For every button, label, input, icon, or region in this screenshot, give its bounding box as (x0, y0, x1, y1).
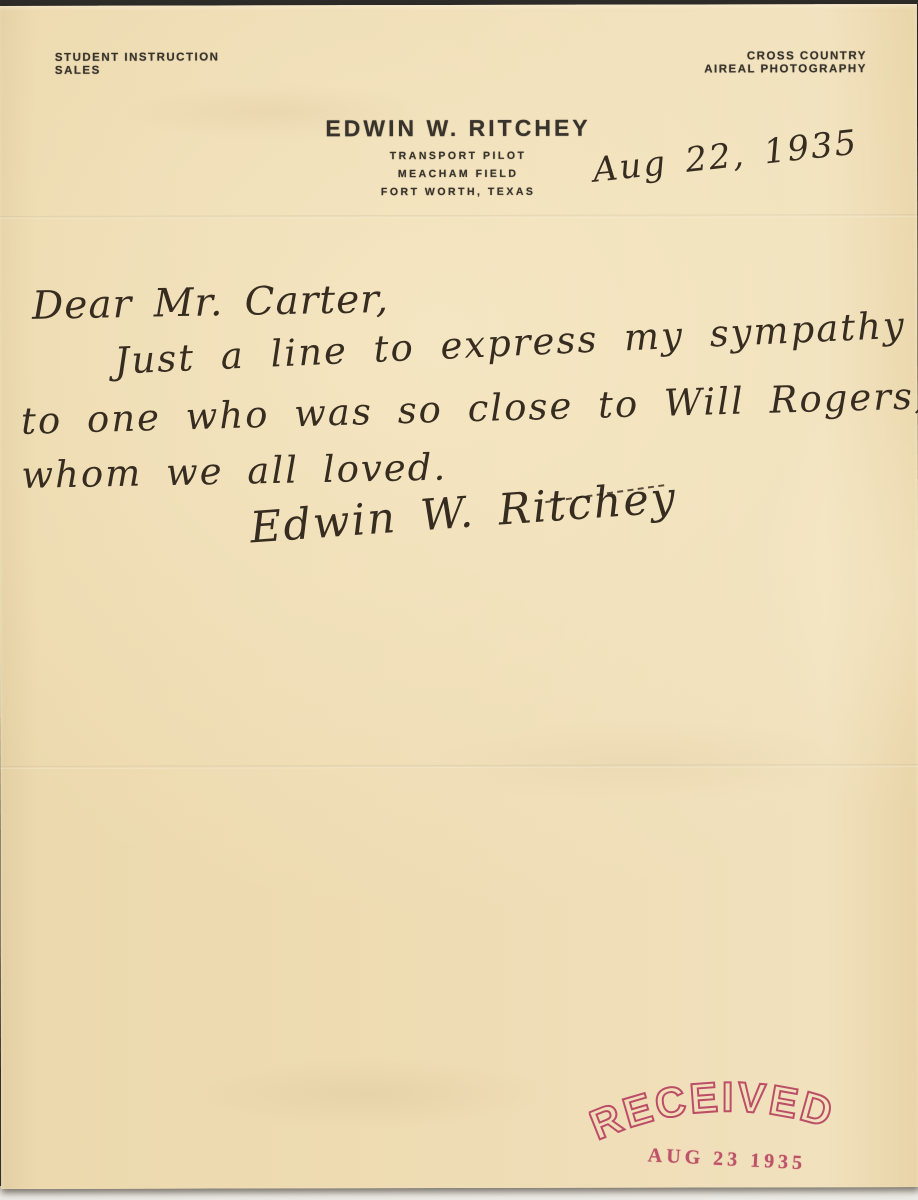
handwritten-body-line-3: whom we all loved. (21, 446, 448, 497)
received-stamp: RECEIVED AUG 23 1935 (588, 1070, 850, 1190)
received-stamp-arc: RECEIVED (588, 1070, 850, 1155)
letterhead-aireal-photography: AIREAL PHOTOGRAPHY (704, 63, 867, 76)
fold-line-bottom (0, 764, 918, 769)
handwritten-salutation: Dear Mr. Carter, (32, 277, 390, 329)
fold-line-top (0, 214, 917, 219)
letterhead-student-instruction: STUDENT INSTRUCTION (55, 52, 220, 65)
letter-paper: STUDENT INSTRUCTION SALES CROSS COUNTRY … (0, 4, 918, 1189)
letterhead-services-right: CROSS COUNTRY AIREAL PHOTOGRAPHY (704, 50, 867, 76)
letterhead-cross-country: CROSS COUNTRY (704, 50, 867, 63)
letterhead-services-left: STUDENT INSTRUCTION SALES (55, 52, 220, 78)
letterhead-city: FORT WORTH, TEXAS (0, 183, 917, 201)
received-stamp-label: RECEIVED (588, 1071, 841, 1149)
handwritten-body-line-2: to one who was so close to Will Rogers, (20, 374, 918, 443)
scanned-letter: STUDENT INSTRUCTION SALES CROSS COUNTRY … (0, 0, 918, 1200)
svg-text:RECEIVED: RECEIVED (588, 1071, 841, 1149)
letterhead-sales: SALES (55, 65, 220, 78)
